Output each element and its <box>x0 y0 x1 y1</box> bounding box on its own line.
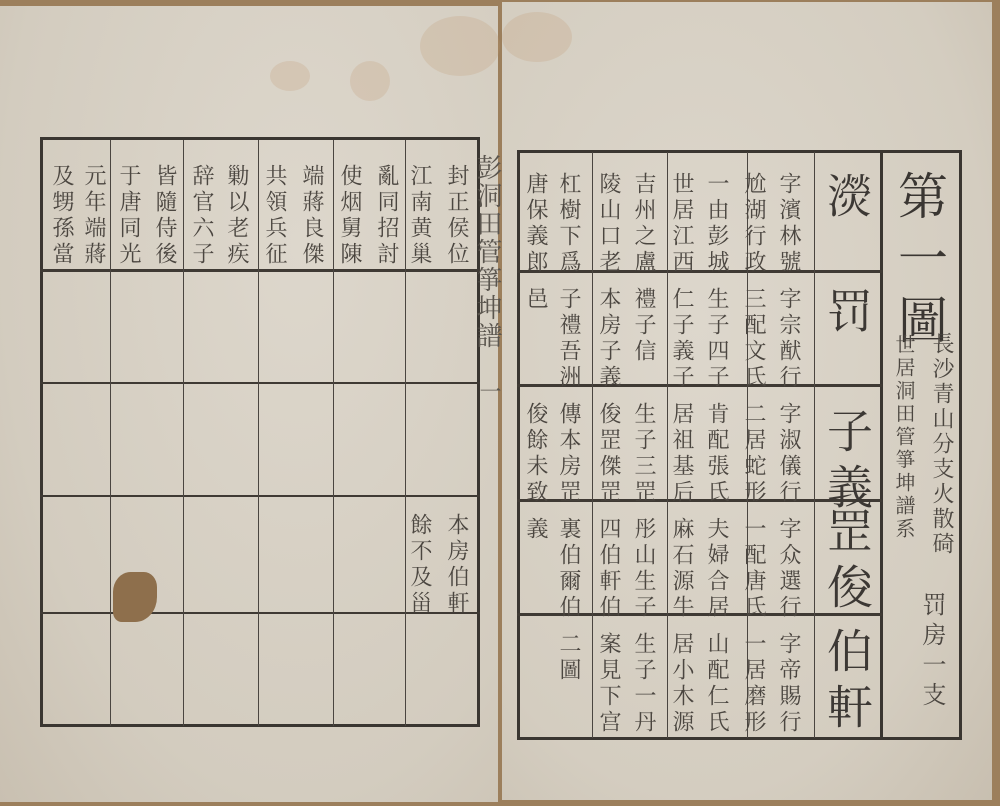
entry-column: 居小木源 <box>670 632 692 736</box>
generation-name: 罚 <box>824 287 870 343</box>
entry-column: 俊罡傑罡 <box>597 402 619 506</box>
text-column: 于唐同光 <box>117 164 139 268</box>
entry-column: 世居江西 <box>670 172 692 276</box>
generation-name: 伯軒 <box>824 627 870 739</box>
text-column: 端蔣良傑 <box>300 164 322 268</box>
entry-column: 仁子義子 <box>670 287 692 391</box>
entry-column: 字淑儀行 <box>777 402 799 506</box>
entry-column: 一配唐氏 <box>742 517 764 621</box>
generation-name: 罡俊 <box>824 507 870 619</box>
entry-column: 字帝賜行 <box>777 632 799 736</box>
text-column: 皆隨侍後 <box>153 164 175 268</box>
entry-column: 二居蛇形 <box>742 402 764 506</box>
spine-volume: 一 <box>477 380 499 404</box>
entry-column: 唐保義郎 <box>524 172 546 276</box>
entry-column: 生子三罡 <box>632 402 654 506</box>
note-column: 本房伯軒 <box>445 513 467 617</box>
entry-column: 生子四子 <box>705 287 727 391</box>
text-column: 辞官六子 <box>190 164 212 268</box>
entry-column: 字宗猷行 <box>777 287 799 391</box>
entry-column: 麻石源牛 <box>670 517 692 621</box>
entry-column: 案見下宫 <box>597 632 619 736</box>
entry-column: 一由彭城 <box>705 172 727 276</box>
entry-column: 義 <box>524 517 546 543</box>
entry-column: 邑 <box>524 287 546 313</box>
note-column: 餘不及甾 <box>408 513 430 617</box>
text-column: 及甥孫當 <box>50 164 72 268</box>
entry-column: 夫婦合居 <box>705 517 727 621</box>
chart-subtitle: 長沙青山分支火散碕 <box>930 332 952 557</box>
generation-name: 濙 <box>824 172 870 228</box>
entry-column: 吉州之盧 <box>632 172 654 276</box>
entry-column: 四伯軒伯 <box>597 517 619 621</box>
entry-column: 尬湖行政 <box>742 172 764 276</box>
text-column: 封正侯位 <box>445 164 467 268</box>
entry-column: 字众選行 <box>777 517 799 621</box>
entry-column: 杠樹下爲 <box>557 172 579 276</box>
text-column: 共領兵征 <box>263 164 285 268</box>
entry-column: 禮子信 <box>632 287 654 365</box>
spine-title: 彭洞田管箏坤譜 <box>474 154 500 350</box>
text-column: 亂同招討 <box>375 164 397 268</box>
entry-column: 傳本房罡 <box>557 402 579 506</box>
entry-column: 陵山口老 <box>597 172 619 276</box>
entry-column: 裏伯爾伯 <box>557 517 579 621</box>
generation-name: 子義 <box>824 407 870 519</box>
entry-column: 本房子義 <box>597 287 619 391</box>
chart-subtitle-secondary: 世居洞田管箏坤譜系 <box>894 334 914 541</box>
branch-label: 罚房一支 <box>920 592 944 712</box>
entry-column: 二圖 <box>557 632 579 684</box>
paper-damage <box>113 572 157 622</box>
chart-heading: 第一圖 <box>894 170 944 356</box>
entry-column: 彤山生子 <box>632 517 654 621</box>
text-column: 使烟舅陳 <box>338 164 360 268</box>
entry-column: 生子一丹 <box>632 632 654 736</box>
entry-column: 字濱林號 <box>777 172 799 276</box>
text-column: 勦以老疾 <box>225 164 247 268</box>
text-column: 元年端蔣 <box>82 164 104 268</box>
entry-column: 肯配張氏 <box>705 402 727 506</box>
text-column: 江南黄巢 <box>408 164 430 268</box>
entry-column: 俊餘未致 <box>524 402 546 506</box>
entry-column: 三配文氏 <box>742 287 764 391</box>
entry-column: 子禮吾洲 <box>557 287 579 391</box>
right-page: 彭洞田管箏坤譜 一 第一圖 長沙青山分支火散碕 世居洞田管箏坤譜系 罚房一支 濙… <box>502 2 992 800</box>
left-page: 封正侯位 江南黄巢 亂同招討 使烟舅陳 端蔣良傑 共領兵征 勦以老疾 辞官六子 … <box>0 6 498 802</box>
entry-column: 山配仁氏 <box>705 632 727 736</box>
entry-column: 一居磨形 <box>742 632 764 736</box>
entry-column: 居祖基后 <box>670 402 692 506</box>
